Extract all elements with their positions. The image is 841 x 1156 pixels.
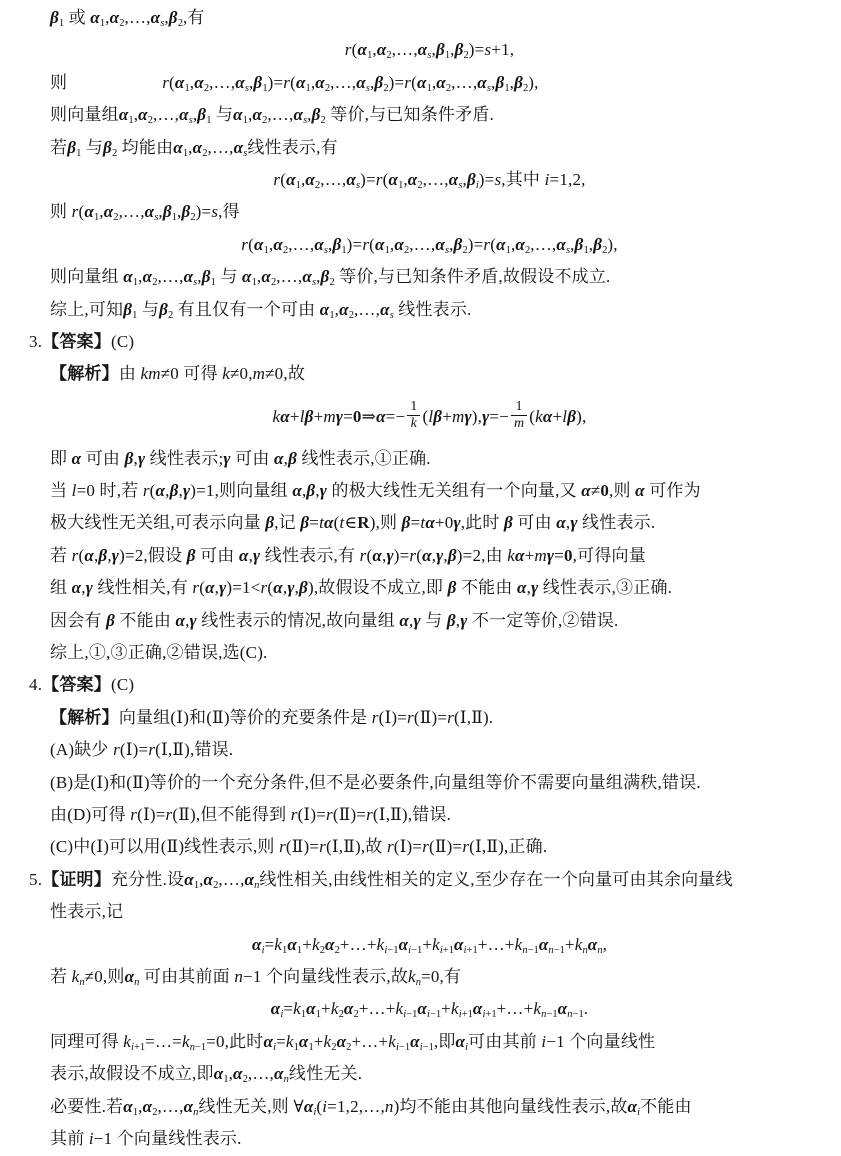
text-line: 则 r(α1,α2,…,αs,β1,β2)=s,得 xyxy=(50,196,815,228)
formula-line: kα+lβ+mγ=0⇒α=−1k(lβ+mγ),γ=−1m(kα+lβ), xyxy=(44,391,815,443)
text-line: 即 α 可由 β,γ 线性表示;γ 可由 α,β 线性表示,①正确. xyxy=(50,443,815,475)
text-line: 若 r(α,β,γ)=2,假设 β 可由 α,γ 线性表示,有 r(α,γ)=r… xyxy=(50,540,815,572)
formula-line: αi=k1α1+k2α2+…+ki−1αi−1+ki+1αi+1+…+kn−1α… xyxy=(44,993,815,1025)
text-line: 组 α,γ 线性相关,有 r(α,γ)=1<r(α,γ,β),故假设不成立,即 … xyxy=(50,572,815,604)
formula-line: r(α1,α2,…,αs,β1,β2)=s+1, xyxy=(44,34,815,66)
text-line: 则向量组α1,α2,…,αs,β1 与α1,α2,…,αs,β2 等价,与已知条… xyxy=(50,99,815,131)
formula-line: αi=k1α1+k2α2+…+ki−1αi−1+ki+1αi+1+…+kn−1α… xyxy=(44,929,815,961)
text-line: 性表示,记 xyxy=(50,896,815,928)
text-line: 【解析】由 km≠0 可得 k≠0,m≠0,故 xyxy=(50,358,815,390)
text-line: 4.【答案】(C) xyxy=(29,669,815,701)
text-line: 5.【证明】充分性.设α1,α2,…,αn线性相关,由线性相关的定义,至少存在一… xyxy=(29,864,815,896)
text-line: 3.【答案】(C) xyxy=(29,326,815,358)
text-line: 则r(α1,α2,…,αs,β1)=r(α1,α2,…,αs,β2)=r(α1,… xyxy=(50,67,815,99)
text-line: (A)缺少 r(Ⅰ)=r(Ⅰ,Ⅱ),错误. xyxy=(50,734,815,766)
text-line: 同理可得 ki+1=…=kn−1=0,此时αi=k1α1+k2α2+…+ki−1… xyxy=(50,1026,815,1058)
text-line: β1 或 α1,α2,…,αs,β2,有 xyxy=(50,2,815,34)
formula-line: r(α1,α2,…,αs)=r(α1,α2,…,αs,βi)=s,其中 i=1,… xyxy=(44,164,815,196)
formula-line: r(α1,α2,…,αs,β1)=r(α1,α2,…,αs,β2)=r(α1,α… xyxy=(44,229,815,261)
text-line: 若 kn≠0,则αn 可由其前面 n−1 个向量线性表示,故kn=0,有 xyxy=(50,961,815,993)
document-body: β1 或 α1,α2,…,αs,β2,有r(α1,α2,…,αs,β1,β2)=… xyxy=(0,2,841,1155)
text-line: 综上,①,③正确,②错误,选(C). xyxy=(50,637,815,669)
text-line: 表示,故假设不成立,即α1,α2,…,αn线性无关. xyxy=(50,1058,815,1090)
text-line: 极大线性无关组,可表示向量 β,记 β=tα(t∈R),则 β=tα+0γ,此时… xyxy=(50,507,815,539)
text-line: 则向量组 α1,α2,…,αs,β1 与 α1,α2,…,αs,β2 等价,与已… xyxy=(50,261,815,293)
text-line: 当 l=0 时,若 r(α,β,γ)=1,则向量组 α,β,γ 的极大线性无关组… xyxy=(50,475,815,507)
text-line: (B)是(Ⅰ)和(Ⅱ)等价的一个充分条件,但不是必要条件,向量组等价不需要向量组… xyxy=(50,767,815,799)
text-line: 必要性.若α1,α2,…,αn线性无关,则 ∀αi(i=1,2,…,n)均不能由… xyxy=(50,1091,815,1123)
text-line: 若β1 与β2 均能由α1,α2,…,αs线性表示,有 xyxy=(50,132,815,164)
text-line: 【解析】向量组(Ⅰ)和(Ⅱ)等价的充要条件是 r(Ⅰ)=r(Ⅱ)=r(Ⅰ,Ⅱ). xyxy=(50,702,815,734)
text-line: 综上,可知β1 与β2 有且仅有一个可由 α1,α2,…,αs 线性表示. xyxy=(50,294,815,326)
text-line: 因会有 β 不能由 α,γ 线性表示的情况,故向量组 α,γ 与 β,γ 不一定… xyxy=(50,605,815,637)
text-line: 由(D)可得 r(Ⅰ)=r(Ⅱ),但不能得到 r(Ⅰ)=r(Ⅱ)=r(Ⅰ,Ⅱ),… xyxy=(50,799,815,831)
text-line: 其前 i−1 个向量线性表示. xyxy=(50,1123,815,1155)
text-line: (C)中(Ⅰ)可以用(Ⅱ)线性表示,则 r(Ⅱ)=r(Ⅰ,Ⅱ),故 r(Ⅰ)=r… xyxy=(50,831,815,863)
solution-document-page: β1 或 α1,α2,…,αs,β2,有r(α1,α2,…,αs,β1,β2)=… xyxy=(0,0,841,1156)
